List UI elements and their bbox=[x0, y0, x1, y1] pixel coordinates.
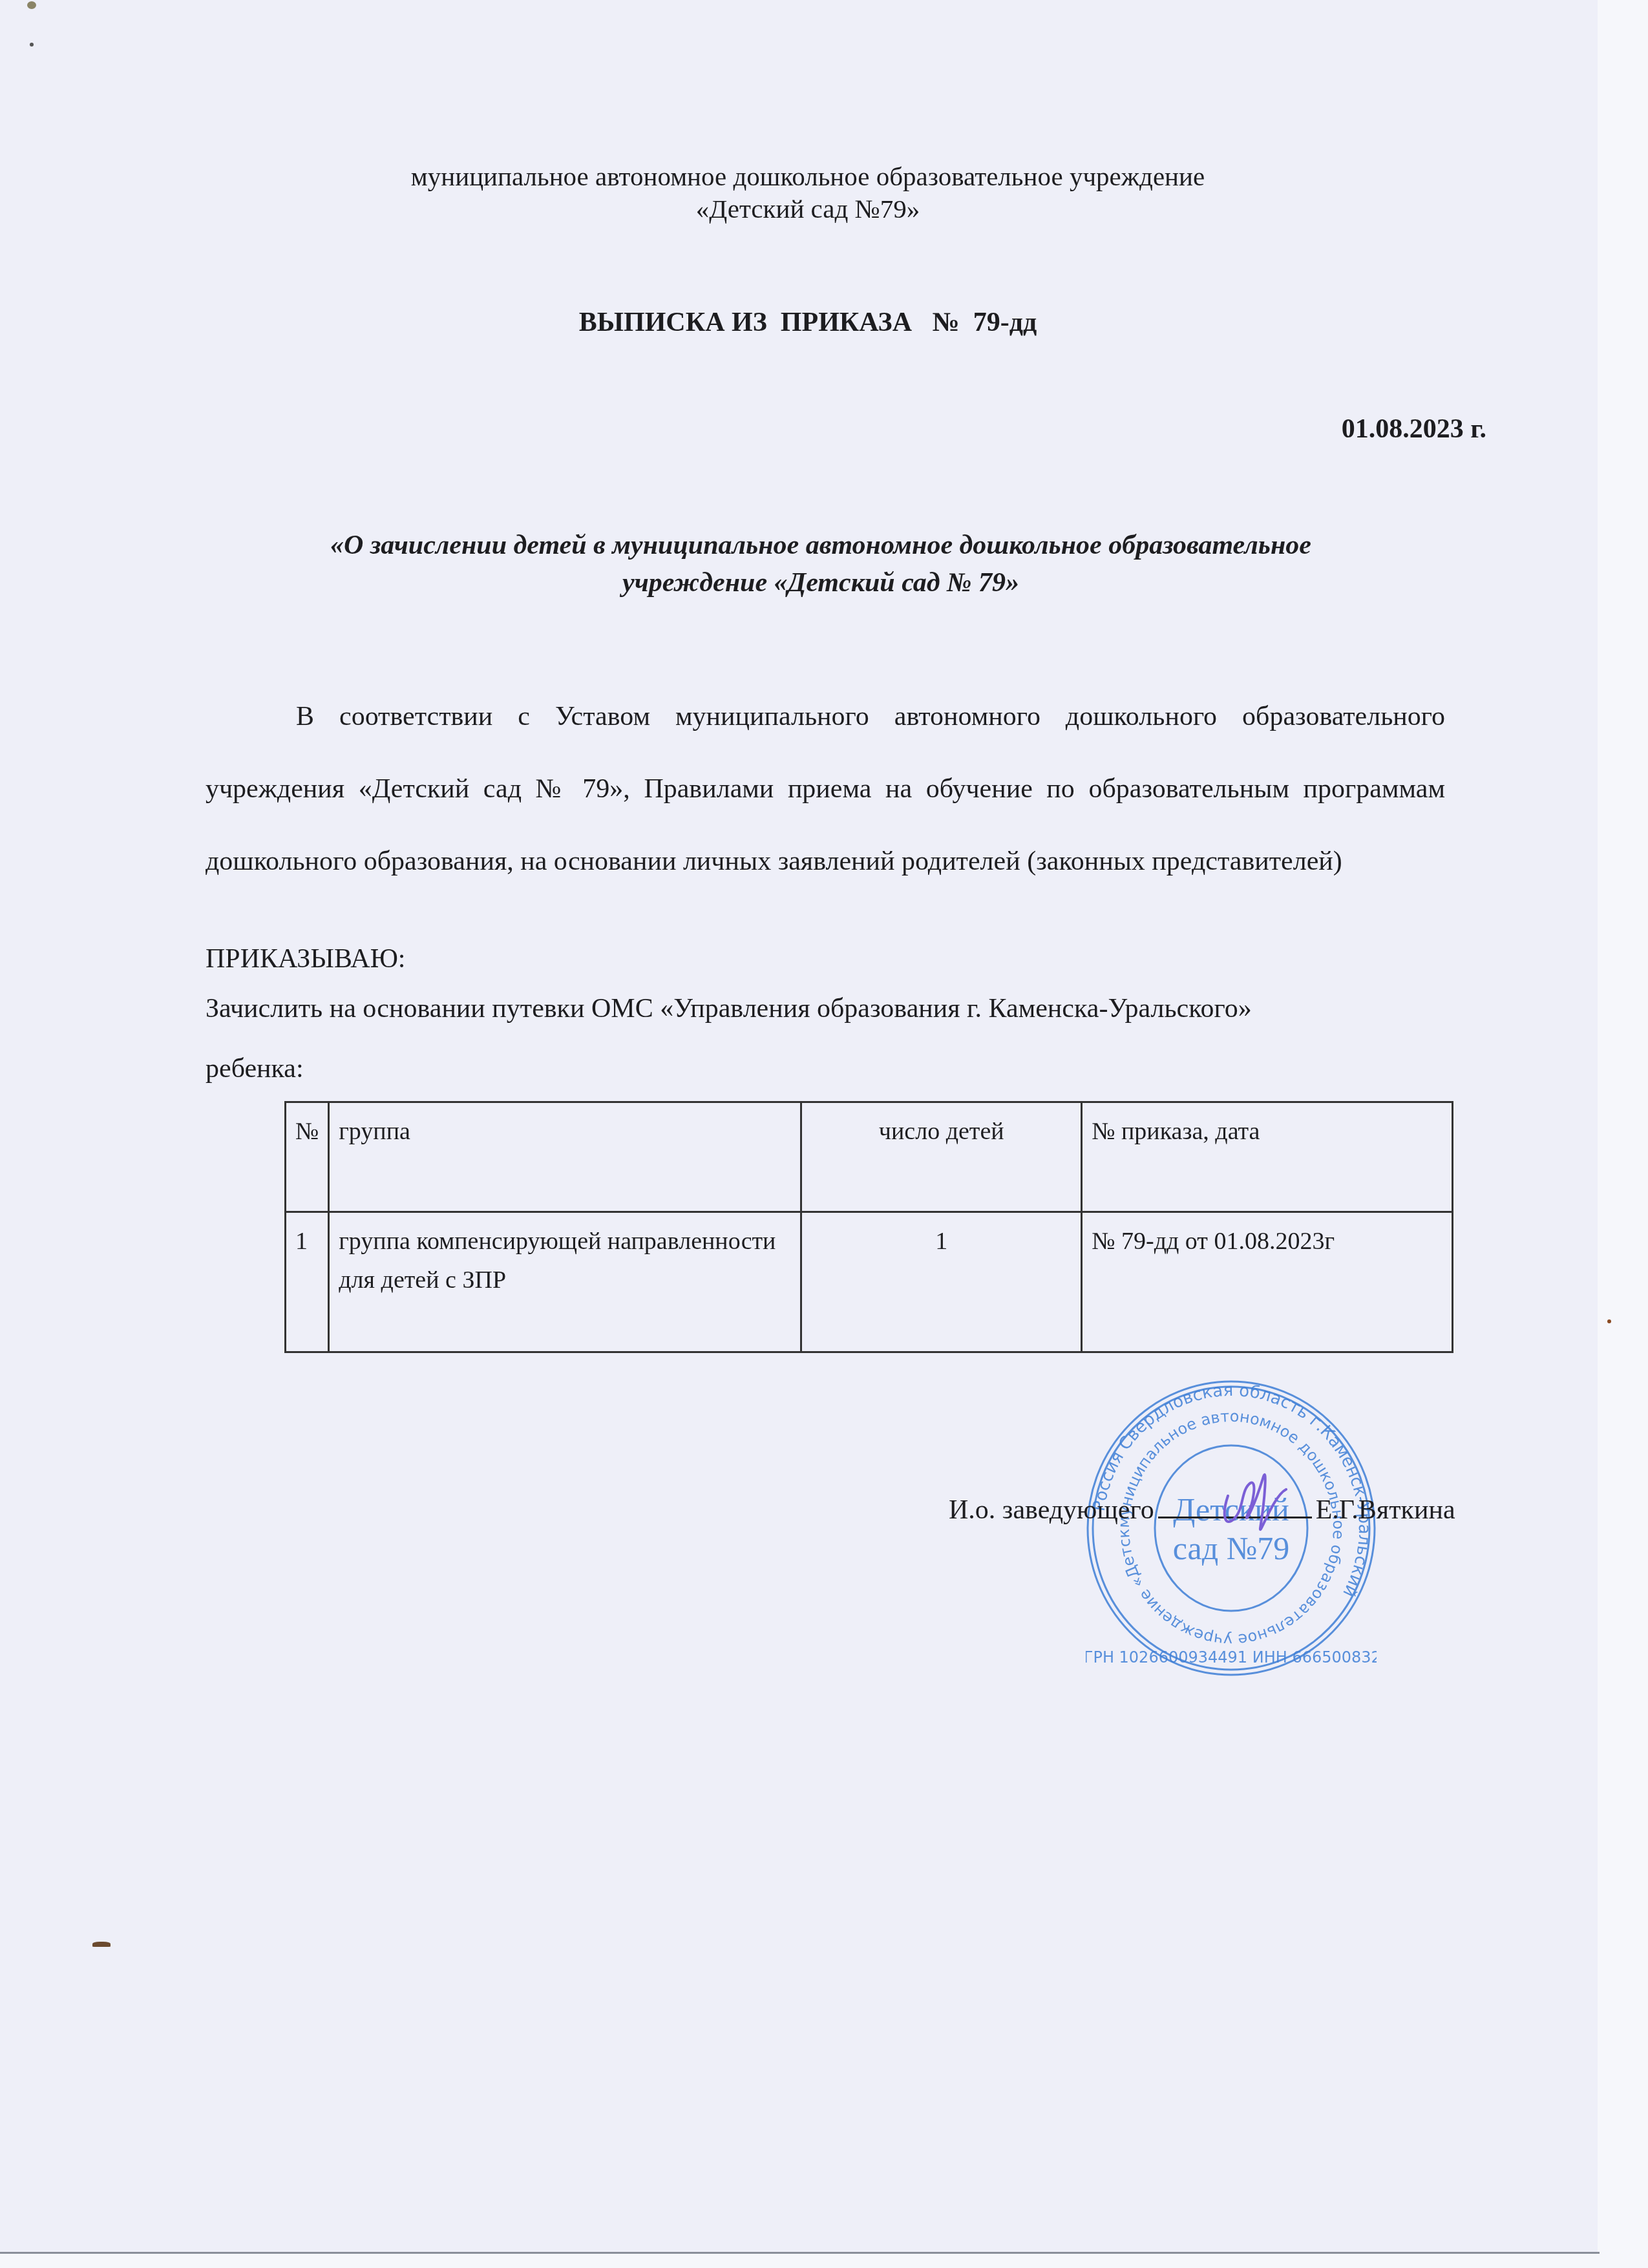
cell-number: 1 bbox=[286, 1212, 329, 1352]
document-title: ВЫПИСКА ИЗ ПРИКАЗА № 79-дд bbox=[194, 307, 1422, 338]
table-row: 1 группа компенсирующей направленности д… bbox=[286, 1212, 1453, 1352]
enroll-instruction: Зачислить на основании путевки ОМС «Упра… bbox=[206, 993, 1445, 1024]
enroll-instruction-cont: ребенка: bbox=[206, 1053, 304, 1084]
scan-speck bbox=[30, 43, 34, 47]
header-number: № bbox=[286, 1102, 329, 1212]
handwritten-signature bbox=[1215, 1457, 1293, 1548]
signatory-position: И.о. заведующего bbox=[949, 1495, 1154, 1525]
header-child-count: число детей bbox=[801, 1102, 1082, 1212]
order-subject: «О зачислении детей в муниципальное авто… bbox=[207, 527, 1435, 602]
order-word: ПРИКАЗЫВАЮ: bbox=[206, 943, 406, 974]
preamble-text: В соответствии с Уставом муниципального … bbox=[206, 702, 1445, 876]
table-header-row: № группа число детей № приказа, дата bbox=[286, 1102, 1453, 1212]
header-group: группа bbox=[329, 1102, 801, 1212]
cell-group: группа компенсирующей направленности для… bbox=[329, 1212, 801, 1352]
signature-block: И.о. заведующегоЕ.Г.Вяткина bbox=[949, 1489, 1455, 1526]
scan-speck bbox=[27, 1, 36, 9]
cell-order-date: № 79-дд от 01.08.2023г bbox=[1082, 1212, 1453, 1352]
scan-speck bbox=[1607, 1319, 1611, 1323]
enrollment-table: № группа число детей № приказа, дата 1 г… bbox=[284, 1101, 1453, 1353]
preamble-paragraph: В соответствии с Уставом муниципального … bbox=[206, 680, 1445, 898]
page-edge bbox=[0, 2252, 1600, 2254]
cell-child-count: 1 bbox=[801, 1212, 1082, 1352]
order-subject-line-1: «О зачислении детей в муниципальное авто… bbox=[207, 527, 1435, 564]
scan-speck bbox=[92, 1942, 111, 1947]
signatory-name: Е.Г.Вяткина bbox=[1316, 1495, 1455, 1525]
header-order-date: № приказа, дата bbox=[1082, 1102, 1453, 1212]
stamp-bottom-text: ОГРН 1026600934491 ИНН 6665008321 bbox=[1086, 1648, 1377, 1666]
order-subject-line-2: учреждение «Детский сад № 79» bbox=[207, 564, 1435, 602]
document-date: 01.08.2023 г. bbox=[1342, 414, 1486, 445]
organization-name: муниципальное автономное дошкольное обра… bbox=[194, 160, 1422, 193]
organization-short-name: «Детский сад №79» bbox=[194, 193, 1422, 225]
